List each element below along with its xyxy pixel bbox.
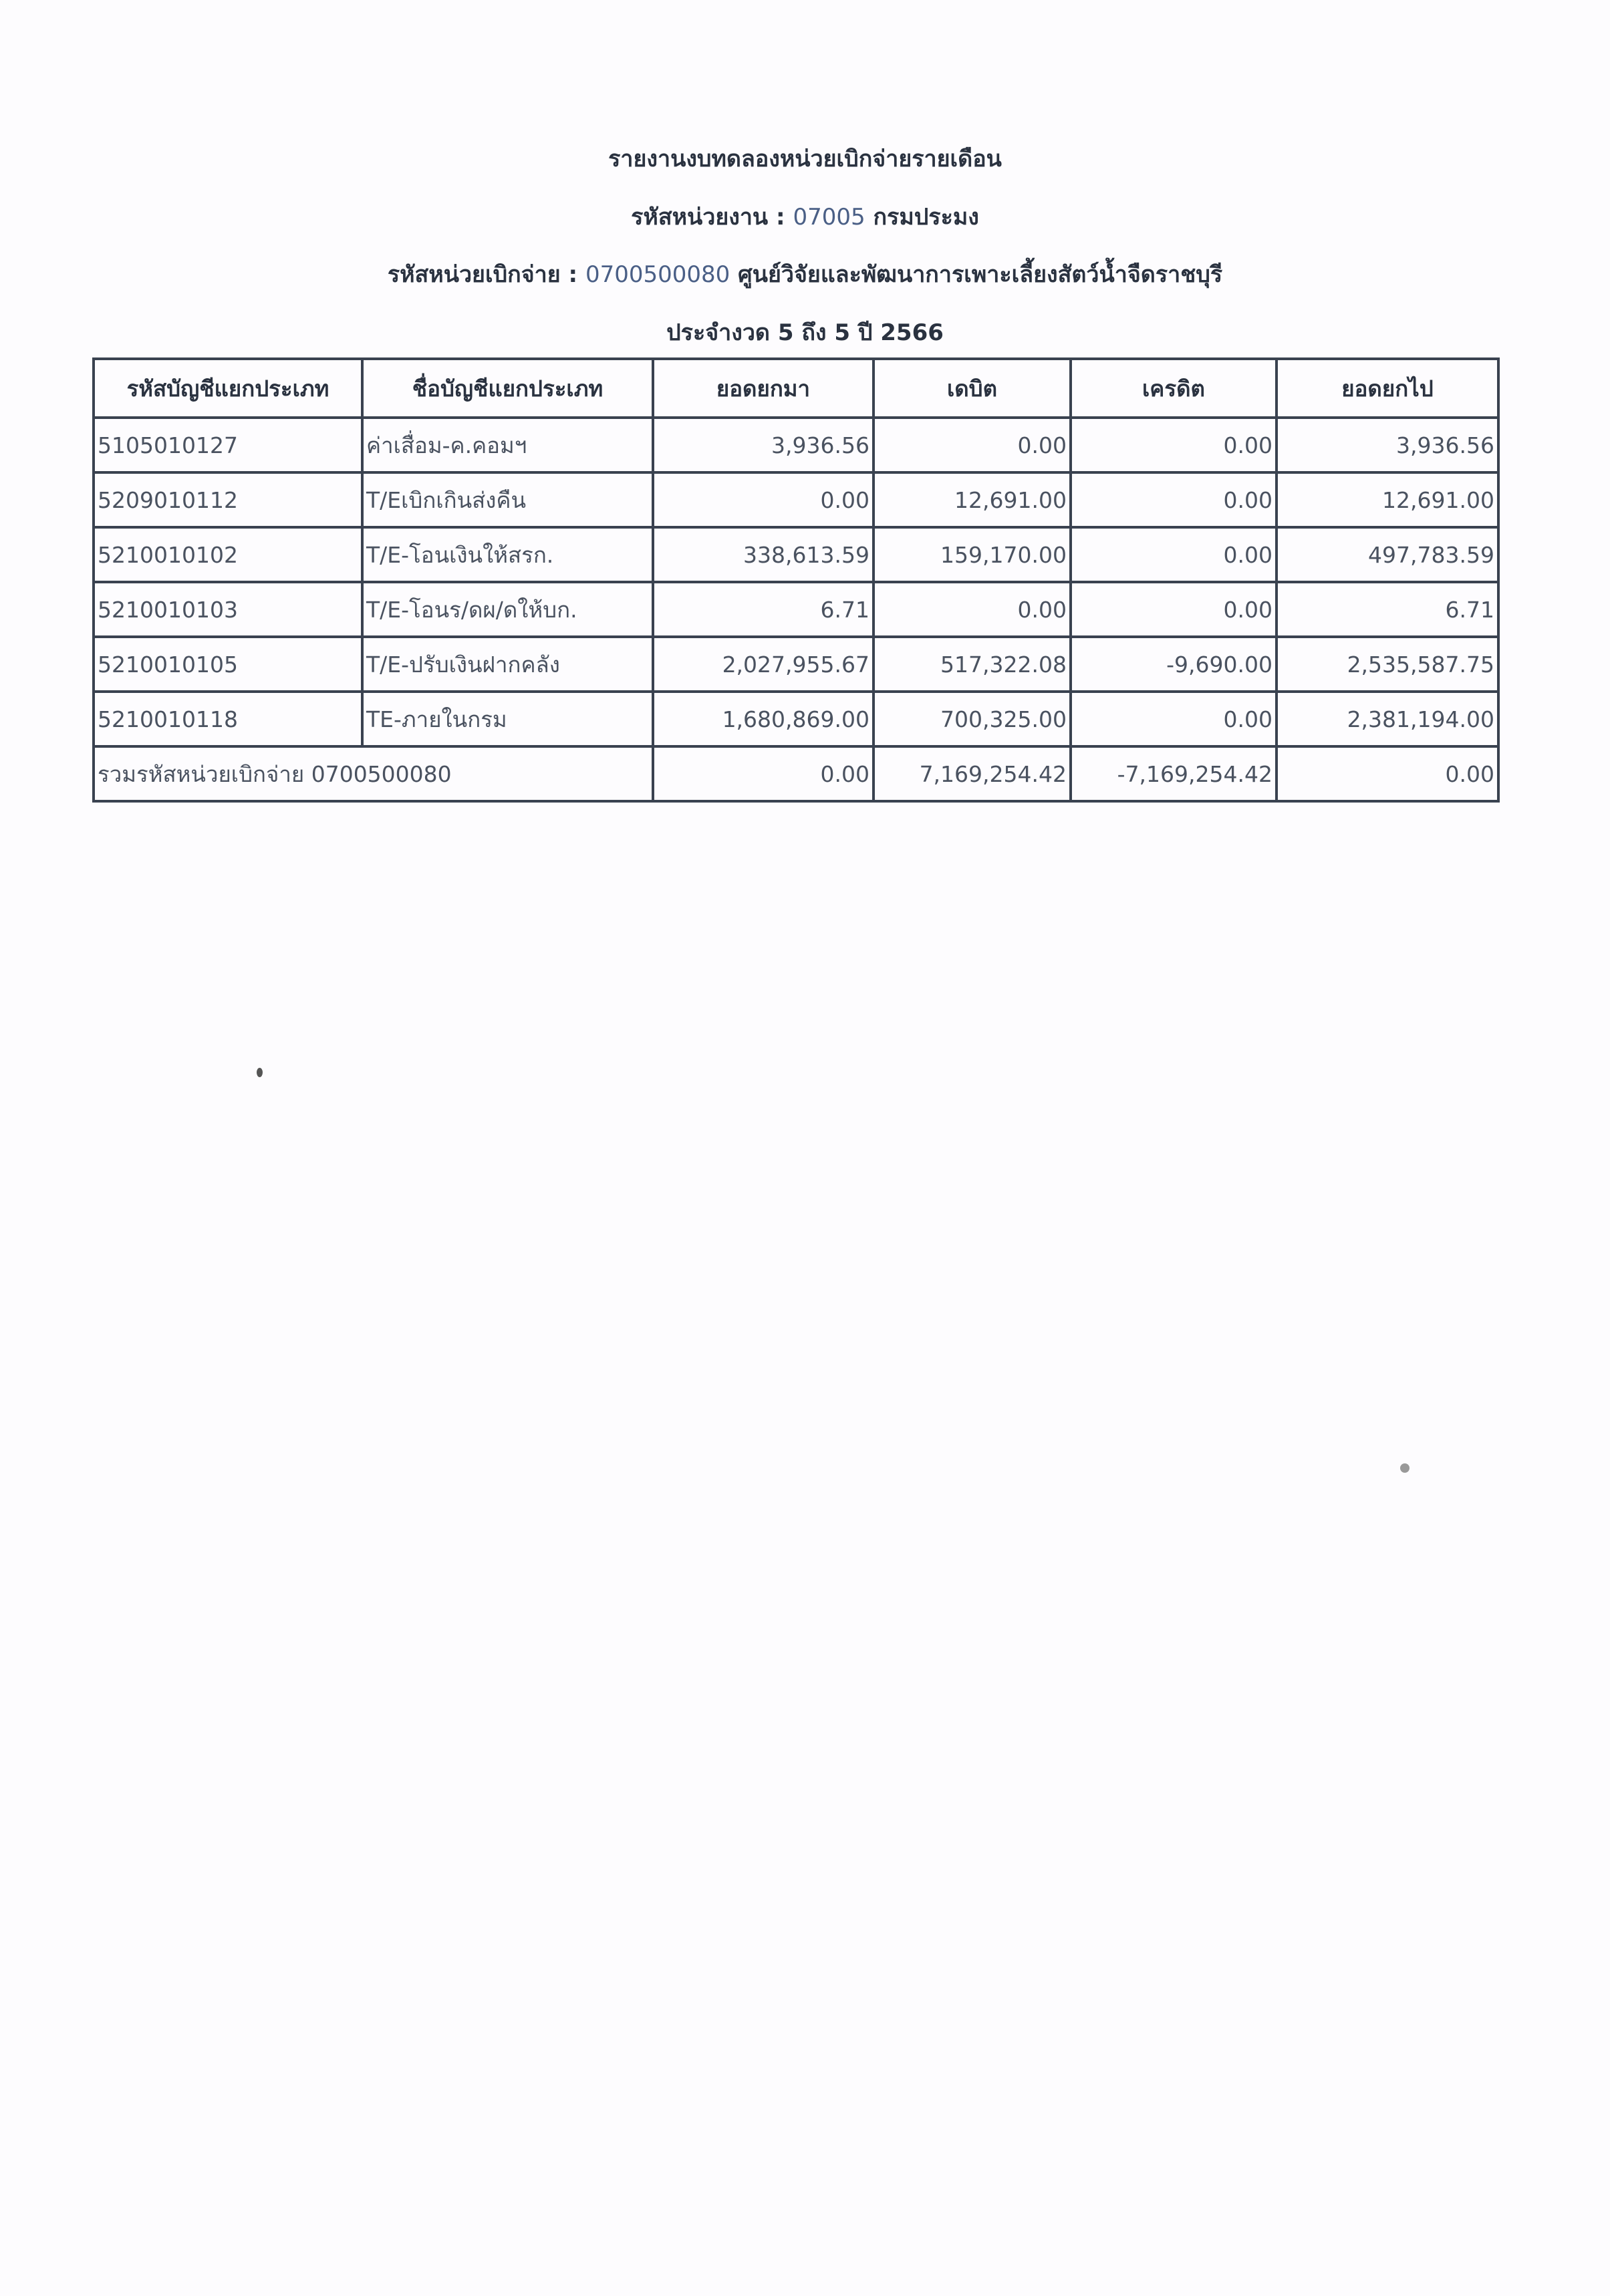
brought-forward-cell: 6.71 <box>653 582 874 637</box>
carried-forward-cell: 2,381,194.00 <box>1277 692 1498 746</box>
scan-speck <box>1400 1463 1410 1473</box>
total-row: รวมรหัสหน่วยเบิกจ่าย 07005000800.007,169… <box>94 746 1498 801</box>
debit-cell: 0.00 <box>874 582 1071 637</box>
table-row: 5210010118TE-ภายในกรม1,680,869.00700,325… <box>94 692 1498 746</box>
carried-forward-cell: 497,783.59 <box>1277 527 1498 582</box>
account-name-cell: T/E-โอนเงินให้สรก. <box>362 527 653 582</box>
carried-forward-cell: 2,535,587.75 <box>1277 637 1498 692</box>
total-value-cell: 0.00 <box>1277 746 1498 801</box>
column-header: ยอดยกไป <box>1277 359 1498 418</box>
account-code-cell: 5210010105 <box>94 637 362 692</box>
table-row: 5105010127ค่าเสื่อม-ค.คอมฯ3,936.560.000.… <box>94 418 1498 472</box>
table-row: 5210010102T/E-โอนเงินให้สรก.338,613.5915… <box>94 527 1498 582</box>
debit-cell: 12,691.00 <box>874 472 1071 527</box>
column-header: เดบิต <box>874 359 1071 418</box>
credit-cell: -9,690.00 <box>1071 637 1277 692</box>
credit-cell: 0.00 <box>1071 418 1277 472</box>
brought-forward-cell: 1,680,869.00 <box>653 692 874 746</box>
agency-label: รหัสหน่วยงาน : <box>631 204 785 231</box>
account-code-cell: 5209010112 <box>94 472 362 527</box>
table-row: 5210010105T/E-ปรับเงินฝากคลัง2,027,955.6… <box>94 637 1498 692</box>
column-header: ชื่อบัญชีแยกประเภท <box>362 359 653 418</box>
account-name-cell: TE-ภายในกรม <box>362 692 653 746</box>
column-header: ยอดยกมา <box>653 359 874 418</box>
account-code-cell: 5105010127 <box>94 418 362 472</box>
brought-forward-cell: 2,027,955.67 <box>653 637 874 692</box>
account-name-cell: T/E-โอนร/ดผ/ดให้บก. <box>362 582 653 637</box>
brought-forward-cell: 338,613.59 <box>653 527 874 582</box>
brought-forward-cell: 0.00 <box>653 472 874 527</box>
credit-cell: 0.00 <box>1071 527 1277 582</box>
account-code-cell: 5210010103 <box>94 582 362 637</box>
disbursing-label: รหัสหน่วยเบิกจ่าย : <box>388 261 577 288</box>
scan-speck <box>257 1068 263 1077</box>
total-value-cell: 7,169,254.42 <box>874 746 1071 801</box>
table-row: 5209010112T/Eเบิกเกินส่งคืน0.0012,691.00… <box>94 472 1498 527</box>
agency-line: รหัสหน่วยงาน : 07005 กรมประมง <box>0 198 1610 235</box>
total-label: รวมรหัสหน่วยเบิกจ่าย 0700500080 <box>94 746 653 801</box>
account-code-cell: 5210010118 <box>94 692 362 746</box>
total-value-cell: 0.00 <box>653 746 874 801</box>
account-name-cell: T/Eเบิกเกินส่งคืน <box>362 472 653 527</box>
agency-code: 07005 <box>793 204 865 231</box>
credit-cell: 0.00 <box>1071 582 1277 637</box>
table-body: 5105010127ค่าเสื่อม-ค.คอมฯ3,936.560.000.… <box>94 418 1498 801</box>
debit-cell: 700,325.00 <box>874 692 1071 746</box>
agency-name: กรมประมง <box>873 204 978 231</box>
debit-cell: 517,322.08 <box>874 637 1071 692</box>
total-value-cell: -7,169,254.42 <box>1071 746 1277 801</box>
table-header-row: รหัสบัญชีแยกประเภทชื่อบัญชีแยกประเภทยอดย… <box>94 359 1498 418</box>
column-header: รหัสบัญชีแยกประเภท <box>94 359 362 418</box>
trial-balance-table: รหัสบัญชีแยกประเภทชื่อบัญชีแยกประเภทยอดย… <box>92 357 1500 803</box>
credit-cell: 0.00 <box>1071 472 1277 527</box>
account-code-cell: 5210010102 <box>94 527 362 582</box>
carried-forward-cell: 6.71 <box>1277 582 1498 637</box>
disbursing-name: ศูนย์วิจัยและพัฒนาการเพาะเลี้ยงสัตว์น้ำจ… <box>738 261 1222 288</box>
credit-cell: 0.00 <box>1071 692 1277 746</box>
debit-cell: 0.00 <box>874 418 1071 472</box>
account-name-cell: ค่าเสื่อม-ค.คอมฯ <box>362 418 653 472</box>
carried-forward-cell: 12,691.00 <box>1277 472 1498 527</box>
report-period: ประจำงวด 5 ถึง 5 ปี 2566 <box>0 314 1610 350</box>
debit-cell: 159,170.00 <box>874 527 1071 582</box>
column-header: เครดิต <box>1071 359 1277 418</box>
carried-forward-cell: 3,936.56 <box>1277 418 1498 472</box>
brought-forward-cell: 3,936.56 <box>653 418 874 472</box>
disbursing-unit-line: รหัสหน่วยเบิกจ่าย : 0700500080 ศูนย์วิจั… <box>0 256 1610 292</box>
account-name-cell: T/E-ปรับเงินฝากคลัง <box>362 637 653 692</box>
report-title: รายงานงบทดลองหน่วยเบิกจ่ายรายเดือน <box>0 140 1610 176</box>
disbursing-code: 0700500080 <box>585 261 730 288</box>
table-row: 5210010103T/E-โอนร/ดผ/ดให้บก.6.710.000.0… <box>94 582 1498 637</box>
